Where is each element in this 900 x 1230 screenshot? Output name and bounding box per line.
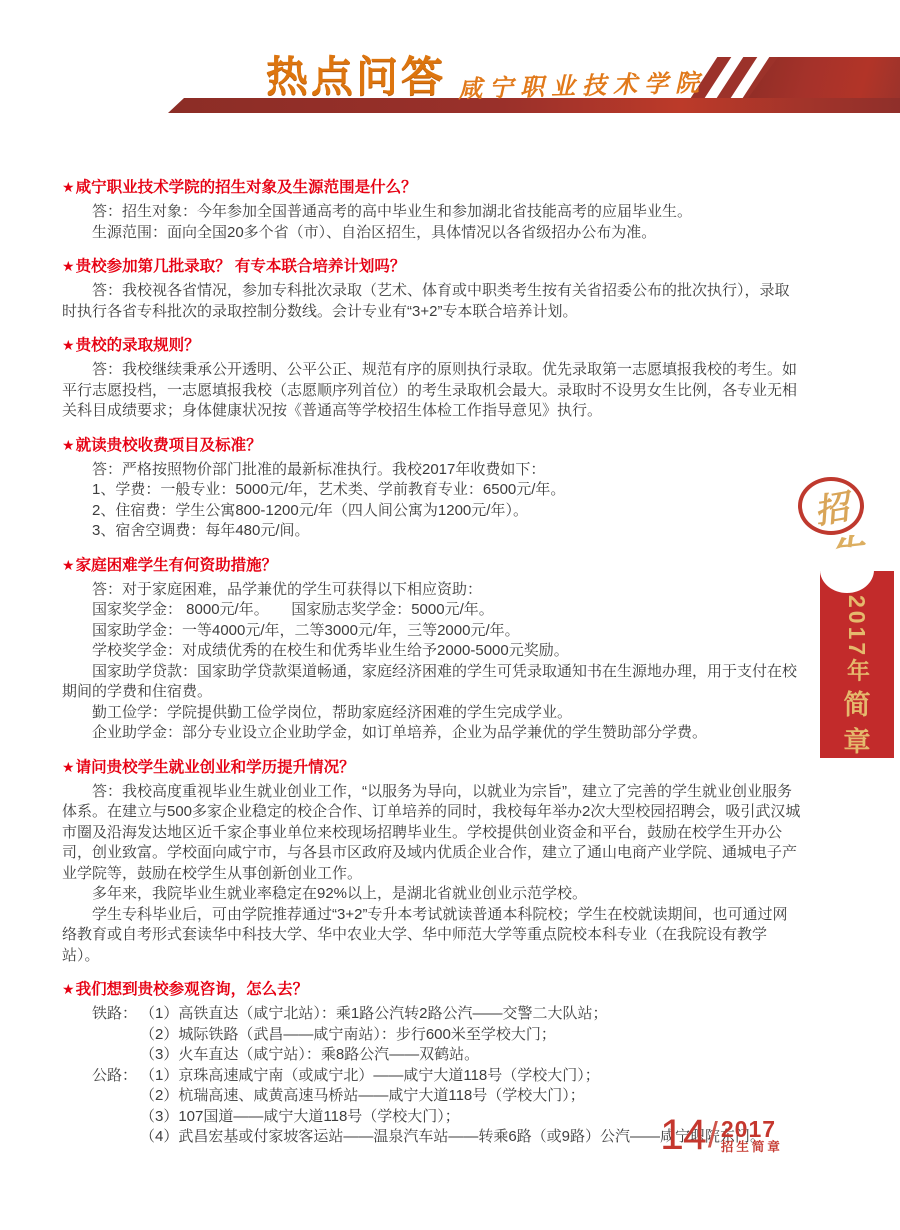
- banner-char-zhang: 章: [844, 727, 871, 758]
- banner-char-jian: 简: [844, 690, 871, 721]
- qa-section: ★贵校参加第几批录取？ 有专本联合培养计划吗？答：我校视各省情况，参加专科批次录…: [62, 255, 802, 322]
- answer-paragraph: 答：我校高度重视毕业生就业创业工作，“以服务为导向，以就业为宗旨”，建立了完善的…: [62, 782, 802, 885]
- answer-paragraph: 勤工俭学：学院提供勤工俭学岗位，帮助家庭经济困难的学生完成学业。: [62, 703, 802, 724]
- answer-paragraph: 多年来，我院毕业生就业率稳定在92%以上，是湖北省就业创业示范学校。: [62, 884, 802, 905]
- footer-caption: 招生简章: [721, 1140, 783, 1155]
- star-icon: ★: [62, 337, 75, 353]
- page-number-slash: /: [708, 1114, 718, 1156]
- brochure-page: 热点问答 咸宁职业技术学院 ★咸宁职业技术学院的招生对象及生源范围是什么？答：招…: [0, 0, 900, 1230]
- footer-year: 2017: [721, 1118, 783, 1140]
- route-item-list: （1）高铁直达（咸宁北站）：乘1路公汽转2路公汽——交警二大队站；（2）城际铁路…: [140, 1004, 802, 1066]
- banner-year: 2017年: [844, 595, 870, 684]
- star-icon: ★: [62, 179, 75, 195]
- question-text: 咸宁职业技术学院的招生对象及生源范围是什么？: [76, 179, 417, 196]
- diagonal-stripe-icon: [743, 57, 784, 98]
- route-group-label: 公路：: [92, 1066, 140, 1148]
- question-heading: ★我们想到贵校参观咨询，怎么去？: [62, 978, 802, 1001]
- route-item: （2）杭瑞高速、咸黄高速马桥站——咸宁大道118号（学校大门）；: [140, 1086, 802, 1107]
- answer-paragraph: 答：严格按照物价部门批准的最新标准执行。我校2017年收费如下：: [62, 460, 802, 481]
- answer-paragraph: 答：我校视各省情况，参加专科批次录取（艺术、体育或中职类考生按有关省招委公布的批…: [62, 281, 802, 322]
- question-text: 我们想到贵校参观咨询，怎么去？: [76, 981, 309, 998]
- question-heading: ★请问贵校学生就业创业和学历提升情况？: [62, 756, 802, 779]
- qa-section: ★家庭困难学生有何资助措施？答：对于家庭困难，品学兼优的学生可获得以下相应资助：…: [62, 554, 802, 744]
- header-red-band: [748, 57, 900, 98]
- route-item: （2）城际铁路（武昌——咸宁南站）：步行600米至学校大门；: [140, 1025, 802, 1046]
- question-heading: ★家庭困难学生有何资助措施？: [62, 554, 802, 577]
- answer-paragraph: 2、住宿费：学生公寓800-1200元/年（四人间公寓为1200元/年）。: [62, 501, 802, 522]
- route-group: 铁路：（1）高铁直达（咸宁北站）：乘1路公汽转2路公汽——交警二大队站；（2）城…: [92, 1004, 802, 1066]
- route-item: （1）高铁直达（咸宁北站）：乘1路公汽转2路公汽——交警二大队站；: [140, 1004, 802, 1025]
- qa-section: ★贵校的录取规则？答：我校继续秉承公开透明、公平公正、规范有序的原则执行录取。优…: [62, 334, 802, 422]
- question-heading: ★咸宁职业技术学院的招生对象及生源范围是什么？: [62, 176, 802, 199]
- school-name-calligraphy: 咸宁职业技术学院: [458, 63, 707, 104]
- answer-paragraph: 答：招生对象：今年参加全国普通高考的高中毕业生和参加湖北省技能高考的应届毕业生。: [62, 202, 802, 223]
- question-text: 家庭困难学生有何资助措施？: [76, 557, 278, 574]
- qa-content: ★咸宁职业技术学院的招生对象及生源范围是什么？答：招生对象：今年参加全国普通高考…: [62, 176, 802, 1160]
- question-text: 贵校的录取规则？: [76, 337, 200, 354]
- page-footer: 14 / 2017 招生简章: [660, 1114, 783, 1157]
- answer-paragraph: 国家奖学金： 8000元/年。 国家励志奖学金：5000元/年。: [62, 600, 802, 621]
- answer-paragraph: 3、宿舍空调费：每年480元/间。: [62, 521, 802, 542]
- answer-paragraph: 答：我校继续秉承公开透明、公平公正、规范有序的原则执行录取。优先录取第一志愿填报…: [62, 360, 802, 422]
- star-icon: ★: [62, 981, 75, 997]
- page-number: 14: [660, 1114, 706, 1157]
- header-decoration: [0, 0, 900, 130]
- answer-paragraph: 1、学费：一般专业：5000元/年，艺术类、学前教育专业：6500元/年。: [62, 480, 802, 501]
- answer-paragraph: 国家助学贷款：国家助学贷款渠道畅通，家庭经济困难的学生可凭录取通知书在生源地办理…: [62, 662, 802, 703]
- route-item: （3）火车直达（咸宁站）：乘8路公汽——双鹤站。: [140, 1045, 802, 1066]
- answer-paragraph: 学校奖学金：对成绩优秀的在校生和优秀毕业生给予2000-5000元奖励。: [62, 641, 802, 662]
- answer-paragraph: 企业助学金：部分专业设立企业助学金，如订单培养，企业为品学兼优的学生赞助部分学费…: [62, 723, 802, 744]
- question-heading: ★贵校参加第几批录取？ 有专本联合培养计划吗？: [62, 255, 802, 278]
- answer-paragraph: 国家助学金：一等4000元/年，二等3000元/年，三等2000元/年。: [62, 621, 802, 642]
- route-group-label: 铁路：: [92, 1004, 140, 1066]
- star-icon: ★: [62, 437, 75, 453]
- qa-section: ★请问贵校学生就业创业和学历提升情况？答：我校高度重视毕业生就业创业工作，“以服…: [62, 756, 802, 967]
- star-icon: ★: [62, 557, 75, 573]
- question-text: 就读贵校收费项目及标准？: [76, 437, 262, 454]
- question-text: 请问贵校学生就业创业和学历提升情况？: [76, 759, 355, 776]
- qa-section: ★就读贵校收费项目及标准？答：严格按照物价部门批准的最新标准执行。我校2017年…: [62, 434, 802, 542]
- question-text: 贵校参加第几批录取？ 有专本联合培养计划吗？: [76, 258, 406, 275]
- qa-section: ★咸宁职业技术学院的招生对象及生源范围是什么？答：招生对象：今年参加全国普通高考…: [62, 176, 802, 243]
- answer-paragraph: 学生专科毕业后，可由学院推荐通过“3+2”专升本考试就读普通本科院校；学生在校就…: [62, 905, 802, 967]
- question-heading: ★就读贵校收费项目及标准？: [62, 434, 802, 457]
- side-banner: 2017年 简 章: [820, 571, 894, 758]
- star-icon: ★: [62, 258, 75, 274]
- star-icon: ★: [62, 759, 75, 775]
- answer-paragraph: 答：对于家庭困难，品学兼优的学生可获得以下相应资助：: [62, 580, 802, 601]
- diagonal-stripe-icon: [717, 57, 758, 98]
- question-heading: ★贵校的录取规则？: [62, 334, 802, 357]
- answer-paragraph: 生源范围：面向全国20多个省（市）、自治区招生，具体情况以各省级招办公布为准。: [62, 223, 802, 244]
- page-title: 热点问答: [266, 44, 446, 104]
- route-item: （1）京珠高速咸宁南（或咸宁北）——咸宁大道118号（学校大门）；: [140, 1066, 802, 1087]
